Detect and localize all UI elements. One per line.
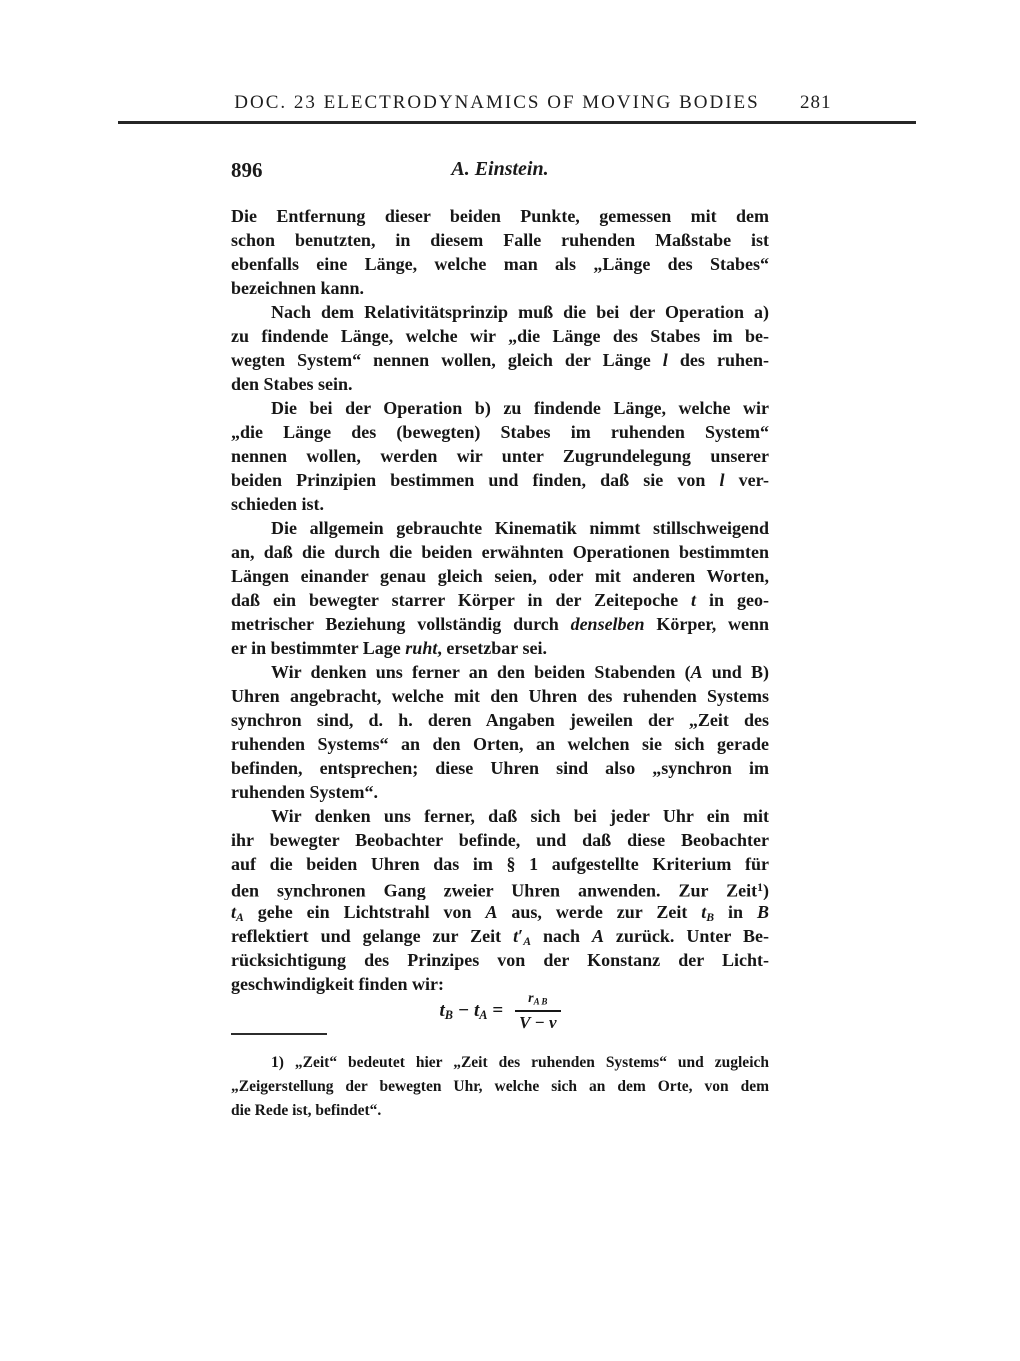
- text-line: nennen wollen, werden wir unter Zugrunde…: [231, 444, 769, 468]
- text-line: schon benutzten, in diesem Falle ruhende…: [231, 228, 769, 252]
- text-line: ihr bewegter Beobachter befinde, und daß…: [231, 828, 769, 852]
- text-line: metrischer Beziehung vollständig durch d…: [231, 612, 769, 636]
- text-line: ruhenden System“.: [231, 780, 769, 804]
- text-line: an, daß die durch die beiden erwähnten O…: [231, 540, 769, 564]
- text-line: Die Entfernung dieser beiden Punkte, gem…: [231, 204, 769, 228]
- text-line: wegten System“ nennen wollen, gleich der…: [231, 348, 769, 372]
- equation-fraction: rA B V − v: [515, 991, 560, 1032]
- text-line: Uhren angebracht, welche mit den Uhren d…: [231, 684, 769, 708]
- text-line: ebenfalls eine Länge, welche man als „Lä…: [231, 252, 769, 276]
- text-line: zu findende Länge, welche wir „die Länge…: [231, 324, 769, 348]
- header-rule: [118, 121, 916, 124]
- text-line: „die Länge des (bewegten) Stabes im ruhe…: [231, 420, 769, 444]
- text-line: den synchronen Gang zweier Uhren anwende…: [231, 876, 769, 900]
- text-line: schieden ist.: [231, 492, 769, 516]
- author-name: A. Einstein.: [231, 158, 769, 181]
- equation-denominator: V − v: [515, 1010, 560, 1032]
- body-text: Die Entfernung dieser beiden Punkte, gem…: [231, 204, 769, 996]
- text-line: daß ein bewegter starrer Körper in der Z…: [231, 588, 769, 612]
- footnote-rule: [231, 1033, 327, 1035]
- running-header: DOC. 23 ELECTRODYNAMICS OF MOVING BODIES…: [118, 92, 916, 118]
- header-page-number: 281: [800, 92, 832, 114]
- text-line: rücksichtigung des Prinzipes von der Kon…: [231, 948, 769, 972]
- text-line: befinden, entsprechen; diese Uhren sind …: [231, 756, 769, 780]
- text-line: beiden Prinzipien bestimmen und finden, …: [231, 468, 769, 492]
- equation-lhs: tB − tA =: [439, 1000, 503, 1023]
- text-line: auf die beiden Uhren das im § 1 aufgeste…: [231, 852, 769, 876]
- text-line: tA gehe ein Lichtstrahl von A aus, werde…: [231, 900, 769, 924]
- text-line: synchron sind, d. h. deren Angaben jewei…: [231, 708, 769, 732]
- text-line: ruhenden Systems“ an den Orten, an welch…: [231, 732, 769, 756]
- text-line: Nach dem Relativitätsprinzip muß die bei…: [231, 300, 769, 324]
- text-line: reflektiert und gelange zur Zeit t′A nac…: [231, 924, 769, 948]
- footnote-line: die Rede ist, befindet“.: [231, 1099, 769, 1123]
- byline-row: 896 A. Einstein.: [231, 158, 769, 184]
- text-line: Die allgemein gebrauchte Kinematik nimmt…: [231, 516, 769, 540]
- text-line: bezeichnen kann.: [231, 276, 769, 300]
- equation-numerator: rA B: [520, 991, 555, 1010]
- text-line: Die bei der Operation b) zu findende Län…: [231, 396, 769, 420]
- text-line: er in bestimmter Lage ruht, ersetzbar se…: [231, 636, 769, 660]
- text-line: Längen einander genau gleich seien, oder…: [231, 564, 769, 588]
- footnote: 1) „Zeit“ bedeutet hier „Zeit des ruhend…: [231, 1051, 769, 1123]
- text-line: Wir denken uns ferner an den beiden Stab…: [231, 660, 769, 684]
- text-line: den Stabes sein.: [231, 372, 769, 396]
- footnote-line: „Zeigerstellung der bewegten Uhr, welche…: [231, 1075, 769, 1099]
- book-page-scan: DOC. 23 ELECTRODYNAMICS OF MOVING BODIES…: [0, 0, 1020, 1361]
- equation: tB − tA = rA B V − v: [231, 991, 769, 1032]
- footnote-line: 1) „Zeit“ bedeutet hier „Zeit des ruhend…: [231, 1051, 769, 1075]
- text-line: Wir denken uns ferner, daß sich bei jede…: [231, 804, 769, 828]
- header-title: DOC. 23 ELECTRODYNAMICS OF MOVING BODIES: [118, 92, 876, 114]
